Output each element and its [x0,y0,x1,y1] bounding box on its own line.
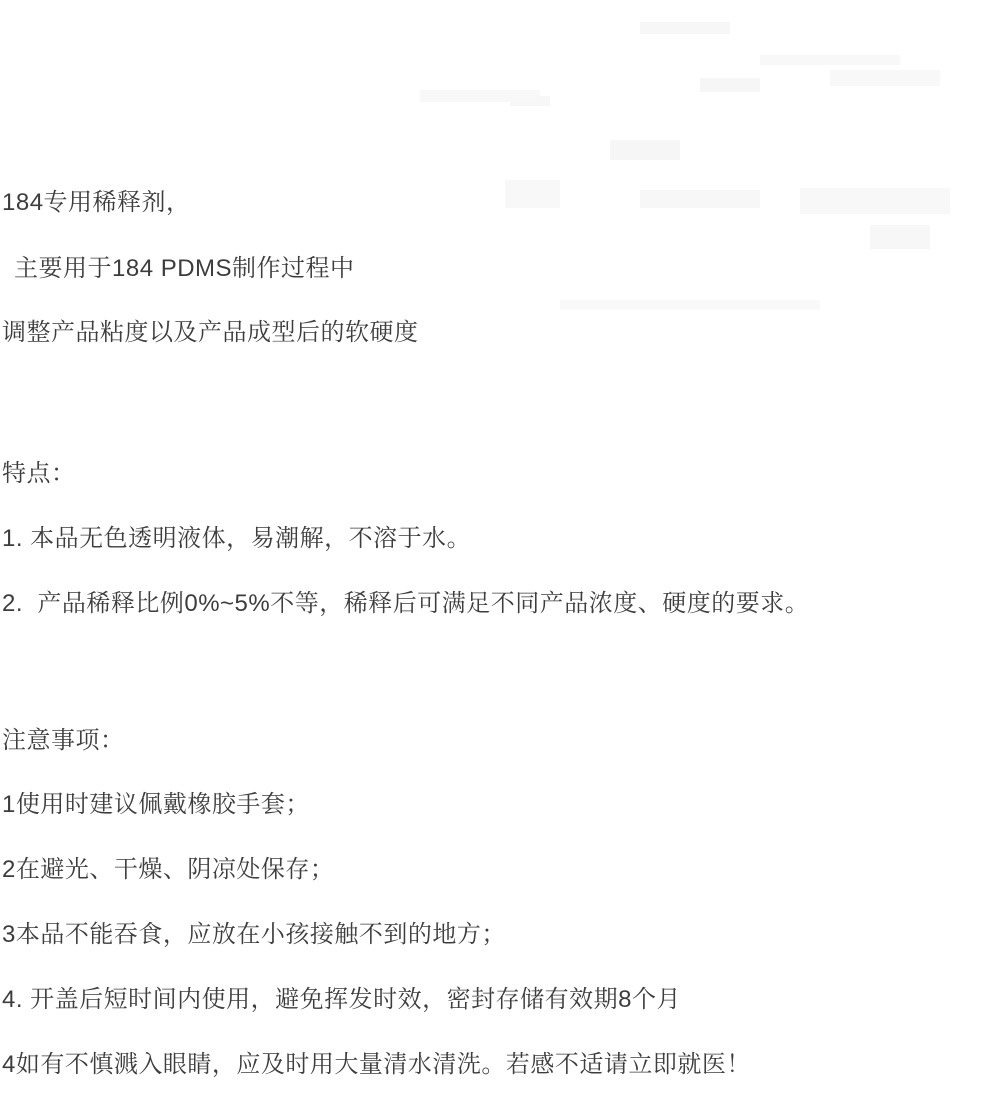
precaution-item-2: 2在避光、干燥、阴凉处保存； [2,857,334,883]
feature-item-2: 2. 产品稀释比例0%~5%不等，稀释后可满足不同产品浓度、硬度的要求。 [2,591,809,617]
features-heading: 特点： [2,461,76,487]
product-intro-line-2: 主要用于184 PDMS制作过程中 [14,256,355,282]
precaution-item-3: 3本品不能吞食，应放在小孩接触不到的地方； [2,922,506,948]
product-intro-line-3: 调整产品粘度以及产品成型后的软硬度 [2,320,419,346]
feature-item-1: 1. 本品无色透明液体，易潮解，不溶于水。 [2,526,471,552]
compression-artifact-texture [0,0,990,340]
precaution-item-5: 4如有不慎溅入眼睛，应及时用大量清水清洗。若感不适请立即就医！ [2,1052,751,1078]
precaution-item-1: 1使用时建议佩戴橡胶手套； [2,792,310,818]
precaution-item-4: 4. 开盖后短时间内使用，避免挥发时效，密封存储有效期8个月 [2,987,681,1013]
precautions-heading: 注意事项： [2,728,125,754]
product-description-page: 184专用稀释剂， 主要用于184 PDMS制作过程中 调整产品粘度以及产品成型… [0,0,990,1115]
product-intro-line-1: 184专用稀释剂， [2,190,191,216]
